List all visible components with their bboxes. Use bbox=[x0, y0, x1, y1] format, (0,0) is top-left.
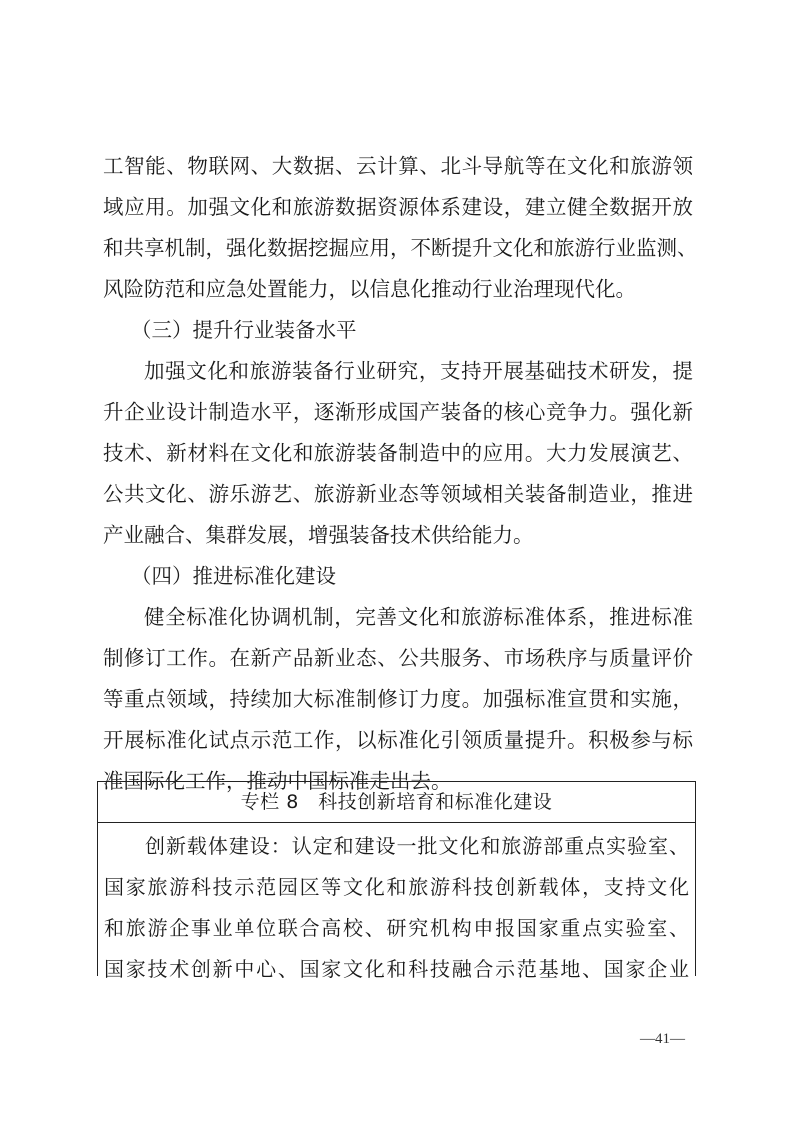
text-line: 创新载体建设：认定和建设一批文化和旅游部重点实验室、 bbox=[104, 826, 689, 867]
text-line: 制修订工作。在新产品新业态、公共服务、市场秩序与质量评价 bbox=[103, 638, 693, 679]
text-line: 和旅游企事业单位联合高校、研究机构申报国家重点实验室、 bbox=[104, 908, 689, 949]
column-box-title: 专栏 8 科技创新培育和标准化建设 bbox=[98, 782, 695, 823]
text-line: 健全标准化协调机制，完善文化和旅游标准体系，推进标准 bbox=[103, 597, 693, 638]
text-line: 工智能、物联网、大数据、云计算、北斗导航等在文化和旅游领 bbox=[103, 146, 693, 187]
paragraph-equipment: 加强文化和旅游装备行业研究，支持开展基础技术研发，提 升企业设计制造水平，逐渐形… bbox=[103, 351, 693, 556]
section-heading-standardization: （四）推进标准化建设 bbox=[103, 556, 693, 597]
text-line: 公共文化、游乐游艺、旅游新业态等领域相关装备制造业，推进 bbox=[103, 474, 693, 515]
text-line: 等重点领域，持续加大标准制修订力度。加强标准宣贯和实施， bbox=[103, 679, 693, 720]
text-line: 升企业设计制造水平，逐渐形成国产装备的核心竞争力。强化新 bbox=[103, 392, 693, 433]
text-line: 风险防范和应急处置能力，以信息化推动行业治理现代化。 bbox=[103, 269, 693, 310]
text-line: 技术、新材料在文化和旅游装备制造中的应用。大力发展演艺、 bbox=[103, 433, 693, 474]
text-line: 加强文化和旅游装备行业研究，支持开展基础技术研发，提 bbox=[103, 351, 693, 392]
paragraph-standardization: 健全标准化协调机制，完善文化和旅游标准体系，推进标准 制修订工作。在新产品新业态… bbox=[103, 597, 693, 802]
text-line: 开展标准化试点示范工作，以标准化引领质量提升。积极参与标 bbox=[103, 720, 693, 761]
text-line: 国家技术创新中心、国家文化和科技融合示范基地、国家企业 bbox=[104, 949, 689, 990]
text-line: 和共享机制，强化数据挖掘应用，不断提升文化和旅游行业监测、 bbox=[103, 228, 693, 269]
text-line: 产业融合、集群发展，增强装备技术供给能力。 bbox=[103, 515, 693, 556]
paragraph-informatization: 工智能、物联网、大数据、云计算、北斗导航等在文化和旅游领 域应用。加强文化和旅游… bbox=[103, 146, 693, 310]
document-page: 工智能、物联网、大数据、云计算、北斗导航等在文化和旅游领 域应用。加强文化和旅游… bbox=[0, 0, 793, 1122]
page-number: —41— bbox=[640, 1031, 685, 1048]
section-heading-equipment: （三）提升行业装备水平 bbox=[103, 310, 693, 351]
text-line: 域应用。加强文化和旅游数据资源体系建设，建立健全数据开放 bbox=[103, 187, 693, 228]
column-box-body: 创新载体建设：认定和建设一批文化和旅游部重点实验室、 国家旅游科技示范园区等文化… bbox=[98, 823, 695, 990]
column-box: 专栏 8 科技创新培育和标准化建设 创新载体建设：认定和建设一批文化和旅游部重点… bbox=[97, 781, 696, 976]
text-line: 国家旅游科技示范园区等文化和旅游科技创新载体，支持文化 bbox=[104, 867, 689, 908]
body-text: 工智能、物联网、大数据、云计算、北斗导航等在文化和旅游领 域应用。加强文化和旅游… bbox=[103, 146, 693, 802]
